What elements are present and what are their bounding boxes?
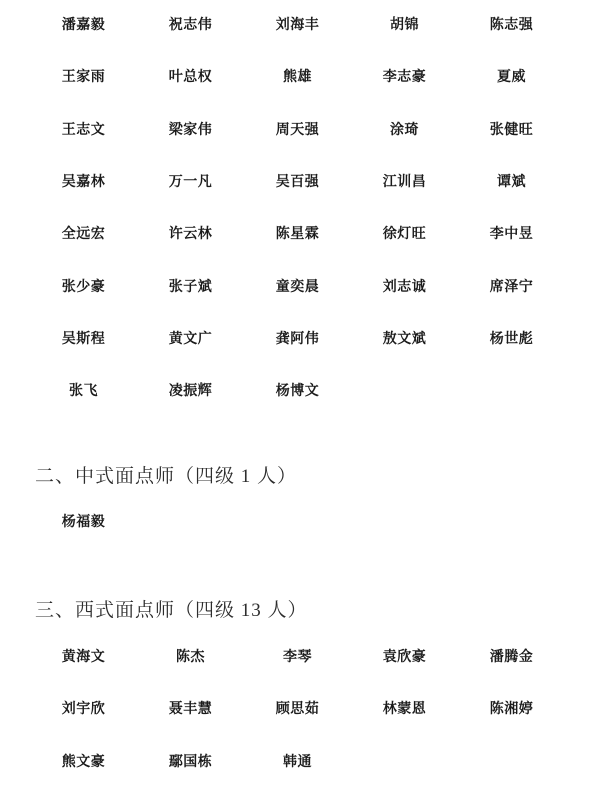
name-cell: 全远宏	[30, 207, 137, 259]
name-cell: 许云林	[137, 207, 244, 259]
name-cell: 张飞	[30, 364, 137, 416]
name-cell: 黄文广	[137, 312, 244, 364]
name-cell: 周天强	[244, 103, 351, 155]
document-page: 潘嘉毅祝志伟刘海丰胡锦陈志强王家雨叶总权熊雄李志豪夏威王志文梁家伟周天强涂琦张健…	[0, 0, 600, 794]
name-cell: 敖文斌	[351, 312, 458, 364]
name-cell: 黄海文	[30, 630, 137, 682]
name-cell: 顾思茹	[244, 682, 351, 734]
name-cell: 凌振辉	[137, 364, 244, 416]
name-cell: 席泽宁	[458, 259, 565, 311]
name-cell: 王志文	[30, 103, 137, 155]
name-cell: 谭斌	[458, 155, 565, 207]
name-cell: 李志豪	[351, 50, 458, 102]
name-cell: 江训昌	[351, 155, 458, 207]
name-cell: 聂丰慧	[137, 682, 244, 734]
name-cell: 熊雄	[244, 50, 351, 102]
name-cell: 刘志诚	[351, 259, 458, 311]
name-cell: 祝志伟	[137, 0, 244, 50]
name-cell: 徐灯旺	[351, 207, 458, 259]
name-cell: 梁家伟	[137, 103, 244, 155]
name-cell: 胡锦	[351, 0, 458, 50]
name-cell: 刘海丰	[244, 0, 351, 50]
name-cell: 吴百强	[244, 155, 351, 207]
name-cell: 张少豪	[30, 259, 137, 311]
name-cell: 夏威	[458, 50, 565, 102]
name-cell: 童奕晨	[244, 259, 351, 311]
names-grid-western-pastry: 黄海文陈杰李琴袁欣豪潘腾金刘宇欣聂丰慧顾思茹林蒙恩陈湘婷熊文豪鄢国栋韩通	[30, 630, 565, 787]
name-cell: 李琴	[244, 630, 351, 682]
name-cell: 张子斌	[137, 259, 244, 311]
name-cell: 陈志强	[458, 0, 565, 50]
name-cell: 杨福毅	[30, 495, 137, 547]
name-cell: 万一凡	[137, 155, 244, 207]
name-cell: 陈星霖	[244, 207, 351, 259]
section-heading-chinese-pastry: 二、中式面点师（四级 1 人）	[35, 463, 297, 490]
name-cell: 李中昱	[458, 207, 565, 259]
name-cell: 鄢国栋	[137, 735, 244, 787]
name-cell: 杨世彪	[458, 312, 565, 364]
name-cell: 涂琦	[351, 103, 458, 155]
section-heading-western-pastry: 三、西式面点师（四级 13 人）	[35, 597, 308, 624]
name-cell: 熊文豪	[30, 735, 137, 787]
name-cell: 吴斯程	[30, 312, 137, 364]
name-cell: 叶总权	[137, 50, 244, 102]
name-cell: 潘腾金	[458, 630, 565, 682]
names-grid-cooks: 潘嘉毅祝志伟刘海丰胡锦陈志强王家雨叶总权熊雄李志豪夏威王志文梁家伟周天强涂琦张健…	[30, 0, 565, 416]
name-cell: 龚阿伟	[244, 312, 351, 364]
name-cell: 吴嘉林	[30, 155, 137, 207]
name-cell: 王家雨	[30, 50, 137, 102]
name-cell: 林蒙恩	[351, 682, 458, 734]
name-cell: 刘宇欣	[30, 682, 137, 734]
name-cell: 杨博文	[244, 364, 351, 416]
names-grid-chinese-pastry: 杨福毅	[30, 495, 565, 547]
name-cell: 陈杰	[137, 630, 244, 682]
name-cell: 陈湘婷	[458, 682, 565, 734]
name-cell: 张健旺	[458, 103, 565, 155]
name-cell: 袁欣豪	[351, 630, 458, 682]
name-cell: 韩通	[244, 735, 351, 787]
name-cell: 潘嘉毅	[30, 0, 137, 50]
